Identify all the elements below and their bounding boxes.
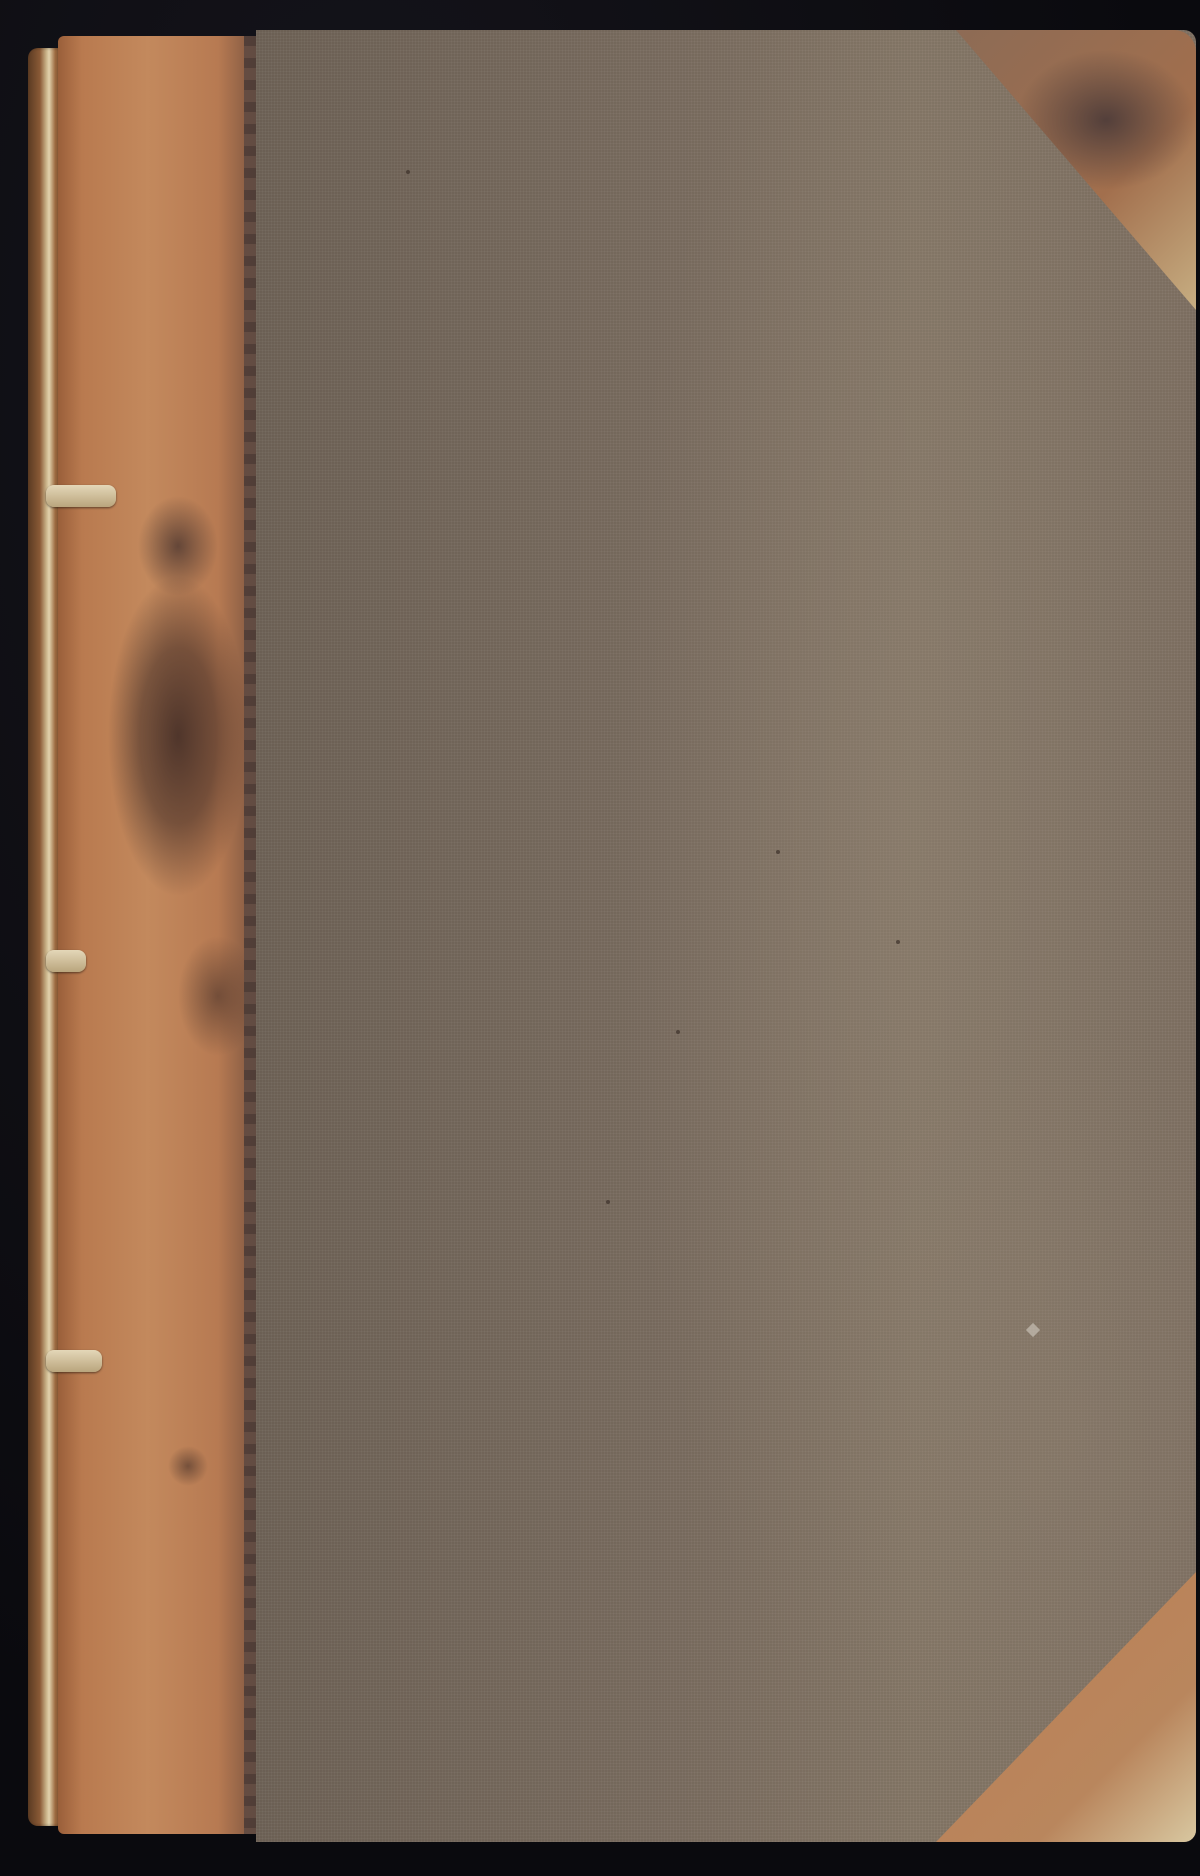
wear-speck (676, 1030, 680, 1034)
wear-fleck (1026, 1323, 1040, 1337)
wear-speck (896, 940, 900, 944)
sewing-cord-middle (46, 950, 86, 972)
wear-speck (606, 1200, 610, 1204)
cloth-board (256, 30, 1196, 1842)
leather-spine-panel (58, 36, 258, 1834)
wear-speck (776, 850, 780, 854)
leather-corner-bottom-right (936, 1572, 1196, 1842)
leather-corner-top-right (956, 30, 1196, 310)
sewing-cord-upper (46, 485, 116, 507)
wear-speck (406, 170, 410, 174)
book-cover (28, 30, 1168, 1842)
photo-scene (0, 0, 1200, 1876)
sewing-cord-lower (46, 1350, 102, 1372)
spine-edge (28, 48, 62, 1826)
